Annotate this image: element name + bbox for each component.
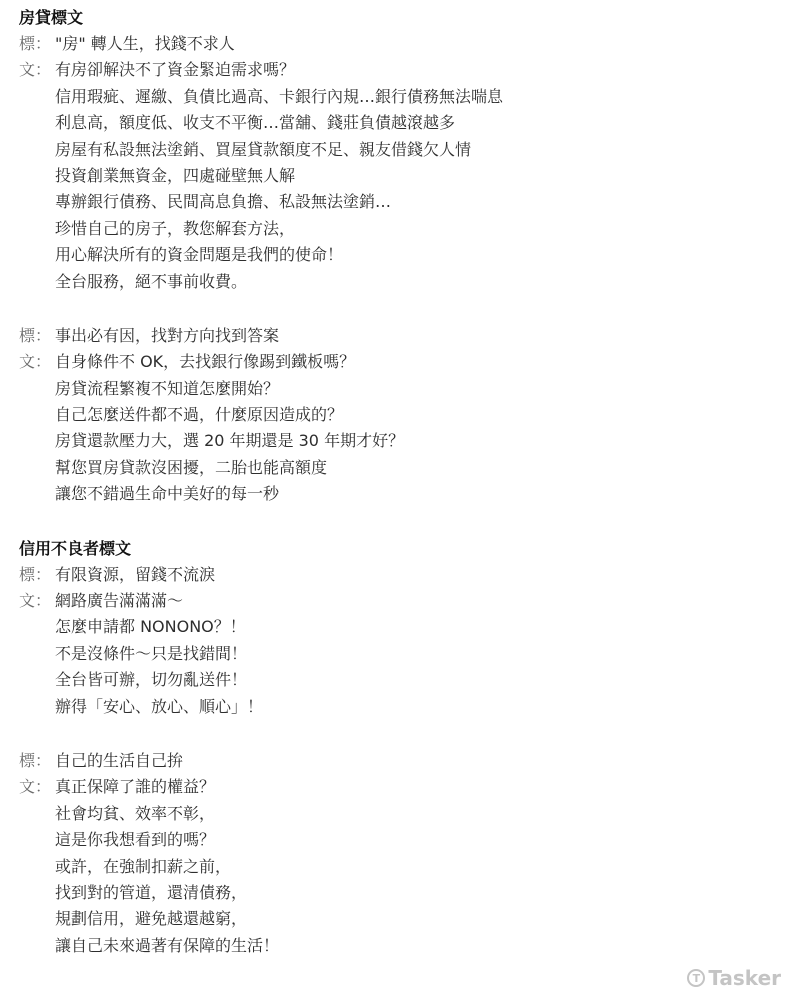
watermark-text: Tasker — [708, 966, 781, 990]
body-line: 房貸流程繁複不知道怎麼開始？ — [19, 376, 779, 402]
body-line: 全台服務，絕不事前收費。 — [19, 269, 779, 295]
body-text: 珍惜自己的房子，教您解套方法， — [55, 219, 295, 238]
headline-text: 自己的生活自己拚 — [55, 751, 183, 770]
body-text: 信用瑕疵、遲繳、負債比過高、卡銀行內規…銀行債務無法喘息 — [55, 87, 503, 106]
ad-copy-group: 標：有限資源，留錢不流淚文：網路廣告滿滿滿～怎麼申請都 NONONO？！不是沒條… — [19, 562, 779, 720]
body-line: 或許，在強制扣薪之前， — [19, 854, 779, 880]
headline-prefix: 標： — [19, 748, 55, 774]
section: 信用不良者標文標：有限資源，留錢不流淚文：網路廣告滿滿滿～怎麼申請都 NONON… — [19, 536, 779, 959]
body-line: 文：自身條件不 OK，去找銀行像踢到鐵板嗎？ — [19, 349, 779, 375]
body-line: 珍惜自己的房子，教您解套方法， — [19, 216, 779, 242]
body-line: 幫您買房貸款沒困擾，二胎也能高額度 — [19, 455, 779, 481]
headline-prefix: 標： — [19, 562, 55, 588]
watermark: T Tasker — [687, 966, 781, 990]
body-text: 辦得「安心、放心、順心」！ — [55, 697, 263, 716]
body-text: 專辦銀行債務、民間高息負擔、私設無法塗銷… — [55, 192, 391, 211]
body-text: 幫您買房貸款沒困擾，二胎也能高額度 — [55, 458, 327, 477]
body-text: 投資創業無資金，四處碰壁無人解 — [55, 166, 295, 185]
body-line: 這是你我想看到的嗎？ — [19, 827, 779, 853]
body-text: 利息高，額度低、收支不平衡…當舖、錢莊負債越滾越多 — [55, 113, 455, 132]
body-prefix: 文： — [19, 57, 55, 83]
ad-copy-group: 標：事出必有因，找對方向找到答案文：自身條件不 OK，去找銀行像踢到鐵板嗎？房貸… — [19, 323, 779, 508]
body-text: 讓您不錯過生命中美好的每一秒 — [55, 484, 279, 503]
section-title: 房貸標文 — [19, 5, 779, 31]
body-text: 怎麼申請都 NONONO？！ — [55, 617, 246, 636]
body-line: 不是沒條件～只是找錯間！ — [19, 641, 779, 667]
headline-text: 事出必有因，找對方向找到答案 — [55, 326, 279, 345]
headline-prefix: 標： — [19, 323, 55, 349]
body-text: 房貸流程繁複不知道怎麼開始？ — [55, 379, 279, 398]
headline-line: 標：事出必有因，找對方向找到答案 — [19, 323, 779, 349]
body-line: 文：真正保障了誰的權益？ — [19, 774, 779, 800]
body-prefix: 文： — [19, 774, 55, 800]
document: 房貸標文標："房" 轉人生，找錢不求人文：有房卻解決不了資金緊迫需求嗎？信用瑕疵… — [19, 5, 779, 987]
body-text: 找到對的管道，還清債務， — [55, 883, 247, 902]
section-title: 信用不良者標文 — [19, 536, 779, 562]
body-text: 房貸還款壓力大，選 20 年期還是 30 年期才好？ — [55, 431, 404, 450]
body-text: 自身條件不 OK，去找銀行像踢到鐵板嗎？ — [55, 352, 355, 371]
body-line: 辦得「安心、放心、順心」！ — [19, 694, 779, 720]
body-prefix: 文： — [19, 588, 55, 614]
body-text: 這是你我想看到的嗎？ — [55, 830, 215, 849]
section: 房貸標文標："房" 轉人生，找錢不求人文：有房卻解決不了資金緊迫需求嗎？信用瑕疵… — [19, 5, 779, 508]
headline-line: 標："房" 轉人生，找錢不求人 — [19, 31, 779, 57]
body-line: 讓自己未來過著有保障的生活！ — [19, 933, 779, 959]
body-text: 全台皆可辦，切勿亂送件！ — [55, 670, 247, 689]
body-text: 自己怎麼送件都不過，什麼原因造成的？ — [55, 405, 343, 424]
body-text: 真正保障了誰的權益？ — [55, 777, 215, 796]
body-text: 全台服務，絕不事前收費。 — [55, 272, 247, 291]
headline-text: 有限資源，留錢不流淚 — [55, 565, 215, 584]
body-line: 找到對的管道，還清債務， — [19, 880, 779, 906]
body-line: 投資創業無資金，四處碰壁無人解 — [19, 163, 779, 189]
headline-text: "房" 轉人生，找錢不求人 — [55, 34, 235, 53]
body-text: 房屋有私設無法塗銷、買屋貸款額度不足、親友借錢欠人情 — [55, 140, 471, 159]
body-text: 不是沒條件～只是找錯間！ — [55, 644, 247, 663]
body-line: 怎麼申請都 NONONO？！ — [19, 614, 779, 640]
body-line: 規劃信用，避免越還越窮， — [19, 906, 779, 932]
body-line: 專辦銀行債務、民間高息負擔、私設無法塗銷… — [19, 189, 779, 215]
body-text: 網路廣告滿滿滿～ — [55, 591, 183, 610]
headline-prefix: 標： — [19, 31, 55, 57]
body-text: 讓自己未來過著有保障的生活！ — [55, 936, 279, 955]
body-line: 信用瑕疵、遲繳、負債比過高、卡銀行內規…銀行債務無法喘息 — [19, 84, 779, 110]
body-line: 文：有房卻解決不了資金緊迫需求嗎？ — [19, 57, 779, 83]
body-line: 文：網路廣告滿滿滿～ — [19, 588, 779, 614]
headline-line: 標：自己的生活自己拚 — [19, 748, 779, 774]
body-text: 用心解決所有的資金問題是我們的使命！ — [55, 245, 343, 264]
tasker-logo-icon: T — [687, 969, 705, 987]
body-line: 房貸還款壓力大，選 20 年期還是 30 年期才好？ — [19, 428, 779, 454]
ad-copy-group: 標："房" 轉人生，找錢不求人文：有房卻解決不了資金緊迫需求嗎？信用瑕疵、遲繳、… — [19, 31, 779, 295]
body-line: 讓您不錯過生命中美好的每一秒 — [19, 481, 779, 507]
body-line: 社會均貧、效率不彰， — [19, 801, 779, 827]
ad-copy-group: 標：自己的生活自己拚文：真正保障了誰的權益？社會均貧、效率不彰，這是你我想看到的… — [19, 748, 779, 959]
body-line: 全台皆可辦，切勿亂送件！ — [19, 667, 779, 693]
body-line: 利息高，額度低、收支不平衡…當舖、錢莊負債越滾越多 — [19, 110, 779, 136]
body-line: 用心解決所有的資金問題是我們的使命！ — [19, 242, 779, 268]
body-line: 房屋有私設無法塗銷、買屋貸款額度不足、親友借錢欠人情 — [19, 137, 779, 163]
body-text: 社會均貧、效率不彰， — [55, 804, 215, 823]
body-prefix: 文： — [19, 349, 55, 375]
body-text: 有房卻解決不了資金緊迫需求嗎？ — [55, 60, 295, 79]
headline-line: 標：有限資源，留錢不流淚 — [19, 562, 779, 588]
body-text: 規劃信用，避免越還越窮， — [55, 909, 247, 928]
body-line: 自己怎麼送件都不過，什麼原因造成的？ — [19, 402, 779, 428]
body-text: 或許，在強制扣薪之前， — [55, 857, 231, 876]
